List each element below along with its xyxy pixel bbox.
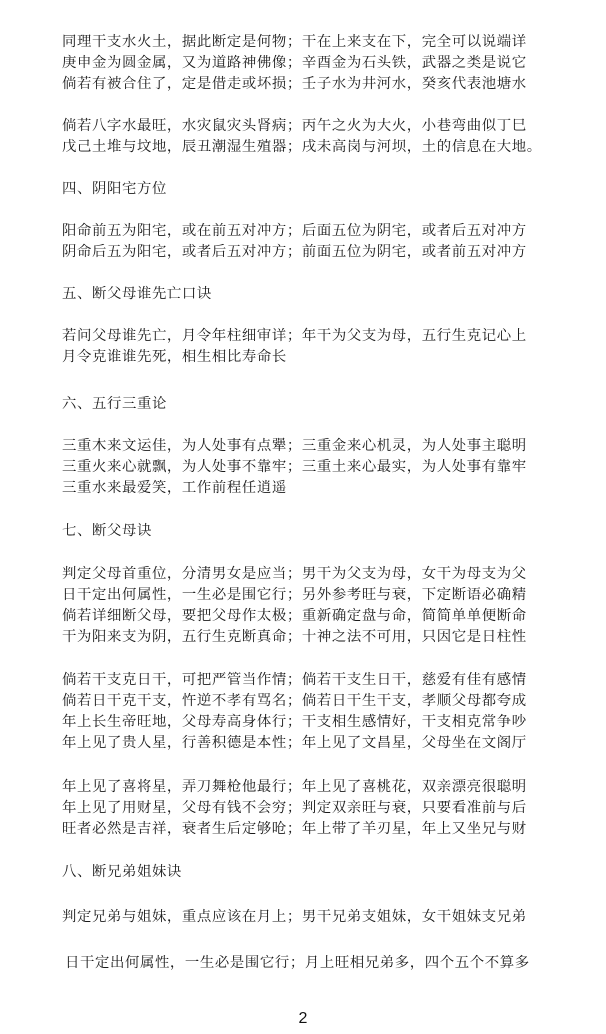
text-line: 年上长生帝旺地，父母寿高身体行；干支相生感情好，干支相克常争吵 bbox=[62, 712, 527, 732]
text-line: 年上见了用财星，父母有钱不会穷；判定双亲旺与衰，只要看准前与后 bbox=[62, 798, 527, 818]
text-line: 倘若干支克日干，可把严管当作情；倘若干支生日干，慈爱有佳有感情 bbox=[62, 670, 527, 690]
text-line: 旺者必然是吉祥，衰者生后定够呛；年上带了羊刃星，年上又坐兄与财 bbox=[62, 819, 527, 839]
text-line: 阳命前五为阳宅，或在前五对冲方；后面五位为阴宅，或者后五对冲方 bbox=[62, 221, 527, 241]
text-line: 三重木来文运佳，为人处事有点犟；三重金来心机灵，为人处事主聪明 bbox=[62, 436, 527, 456]
text-line: 三重水来最爱笑，工作前程任逍遥 bbox=[62, 478, 287, 498]
section-heading: 五、断父母谁先亡口诀 bbox=[62, 284, 212, 304]
text-line: 倘若详细断父母，要把父母作太极；重新确定盘与命，简简单单便断命 bbox=[62, 606, 527, 626]
text-line: 日干定出何属性，一生必是围它行；月上旺相兄弟多，四个五个不算多 bbox=[65, 953, 530, 973]
page-number: 2 bbox=[0, 1010, 606, 1028]
section-heading: 七、断父母诀 bbox=[62, 521, 152, 541]
text-line: 判定兄弟与姐妹，重点应该在月上；男干兄弟支姐妹，女干姐妹支兄弟 bbox=[62, 907, 527, 927]
text-line: 倘若八字水最旺，水灾鼠灾头肾病；丙午之火为大火，小巷弯曲似丁巳 bbox=[62, 116, 527, 136]
text-line: 同理干支水火土，据此断定是何物；干在上来支在下，完全可以说端详 bbox=[62, 32, 527, 52]
text-line: 判定父母首重位，分清男女是应当；男干为父支为母，女干为母支为父 bbox=[62, 564, 527, 584]
text-line: 倘若日干克干支，忤逆不孝有骂名；倘若日干生干支，孝顺父母都夸成 bbox=[62, 691, 527, 711]
text-line: 庚申金为圆金属，又为道路神佛像；辛酉金为石头铁，武器之类是说它 bbox=[62, 53, 527, 73]
section-heading: 八、断兄弟姐妹诀 bbox=[62, 862, 182, 882]
text-line: 三重火来心就飘，为人处事不靠牢；三重土来心最实，为人处事有靠牢 bbox=[62, 457, 527, 477]
text-line: 阴命后五为阳宅，或者后五对冲方；前面五位为阴宅，或者前五对冲方 bbox=[62, 242, 527, 262]
text-line: 干为阳来支为阴，五行生克断真命；十神之法不可用，只因它是日柱性 bbox=[62, 627, 527, 647]
text-line: 若问父母谁先亡，月令年柱细审详；年干为父支为母，五行生克记心上 bbox=[62, 326, 527, 346]
document-page: 同理干支水火土，据此断定是何物；干在上来支在下，完全可以说端详 庚申金为圆金属，… bbox=[0, 0, 606, 1034]
text-line: 日干定出何属性，一生必是围它行；另外参考旺与衰，下定断语必确精 bbox=[62, 585, 527, 605]
section-heading: 六、五行三重论 bbox=[62, 394, 167, 414]
section-heading: 四、阴阳宅方位 bbox=[62, 179, 167, 199]
text-line: 年上见了贵人星，行善积德是本性；年上见了文昌星，父母坐在文阁厅 bbox=[62, 733, 527, 753]
text-line: 年上见了喜将星，弄刀舞枪他最行；年上见了喜桃花，双亲漂亮很聪明 bbox=[62, 777, 527, 797]
text-line: 戊己土堆与坟地，辰丑潮湿生殖器；戌未高岗与河坝，土的信息在大地。 bbox=[62, 137, 542, 157]
text-line: 倘若有被合住了，定是借走或坏损；壬子水为井河水，癸亥代表池塘水 bbox=[62, 74, 527, 94]
text-line: 月令克谁谁先死，相生相比寿命长 bbox=[62, 347, 287, 367]
